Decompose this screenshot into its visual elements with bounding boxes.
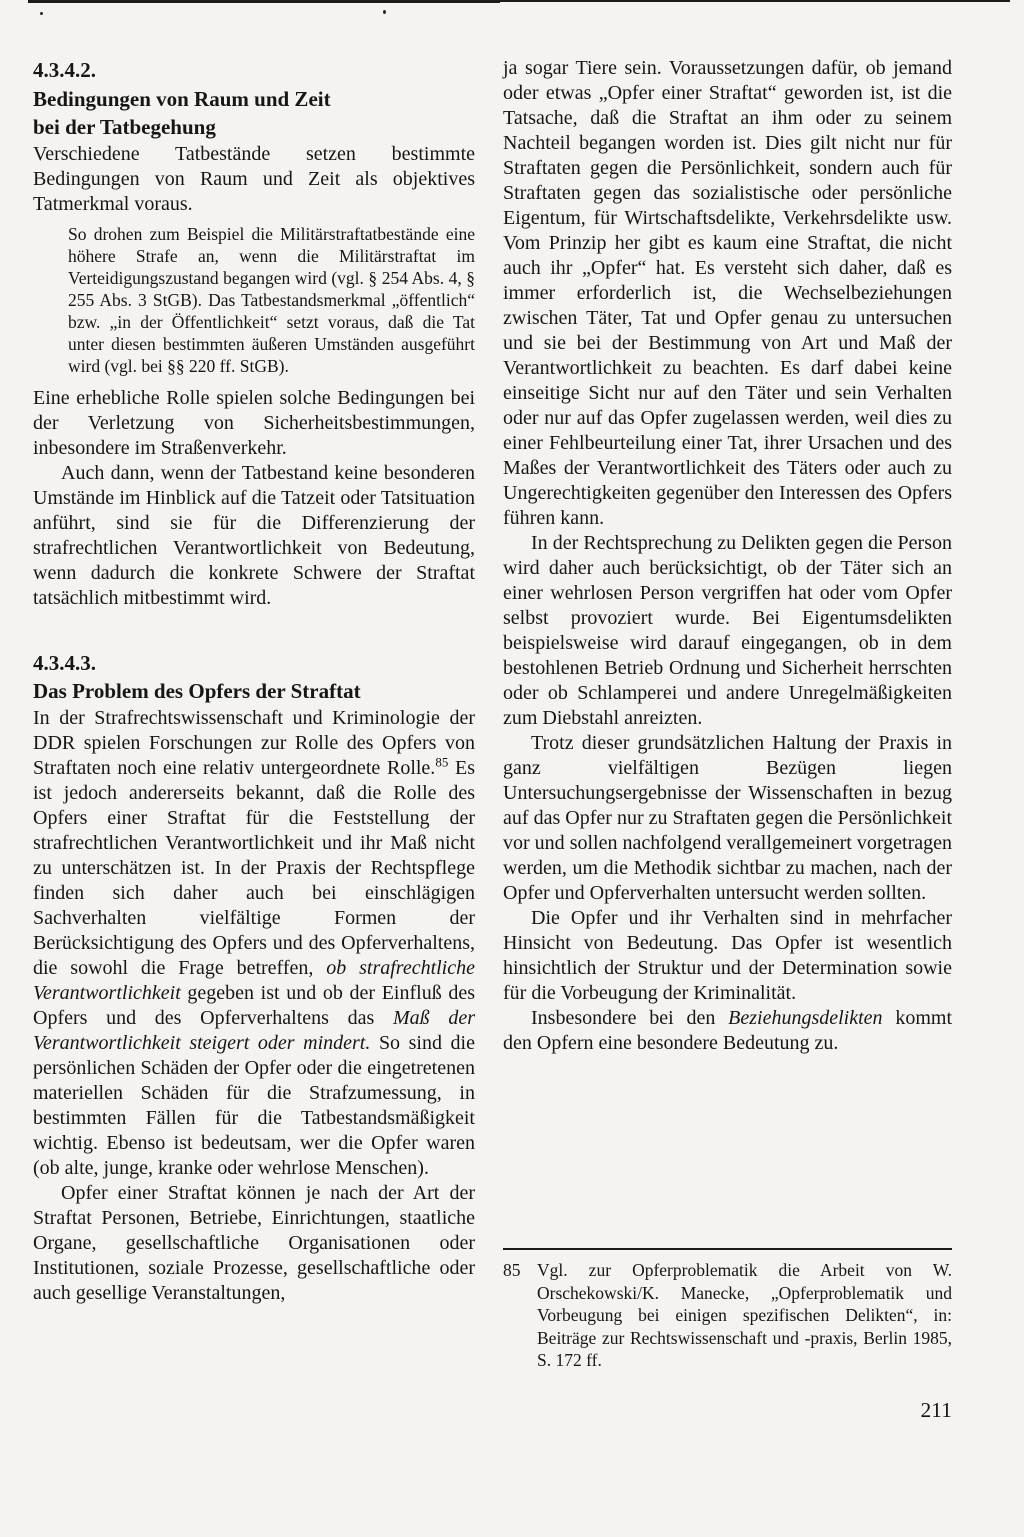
section-heading-4-3-4-3: 4.3.4.3. Das Problem des Opfers der Stra… [33,649,475,706]
section-heading-4-3-4-2: 4.3.4.2. Bedingungen von Raum und Zeit b… [33,56,475,142]
footnote-text: Vgl. zur Opferproblematik die Arbeit von… [537,1259,952,1372]
scan-speck [40,12,43,15]
footnote-reference: 85 [435,754,448,769]
left-column: 4.3.4.2. Bedingungen von Raum und Zeit b… [33,56,475,1306]
footnote-rule [503,1248,952,1250]
scan-speck [383,10,386,14]
paragraph: In der Strafrechtswissenschaft und Krimi… [33,706,475,1181]
paragraph-intro: Verschiedene Tatbestände setzen bestimmt… [33,142,475,217]
paragraph: Eine erhebliche Rolle spielen solche Bed… [33,386,475,461]
italic-run: Beziehungsdelikten [728,1007,882,1029]
paragraph: Die Opfer und ihr Verhalten sind in mehr… [503,906,952,1006]
paragraph: In der Rechtsprechung zu Delikten gegen … [503,531,952,731]
scan-edge-artifact [500,0,1010,2]
footnote-marker: 85 [503,1259,537,1372]
section-number: 4.3.4.3. [33,649,475,678]
scan-edge-artifact [28,0,500,3]
footnote-block: 85 Vgl. zur Opferproblematik die Arbeit … [503,1248,952,1372]
footnote: 85 Vgl. zur Opferproblematik die Arbeit … [503,1259,952,1372]
paragraph-continuation: ja sogar Tiere sein. Voraussetzungen daf… [503,56,952,531]
paragraph: Opfer einer Straftat können je nach der … [33,1181,475,1306]
paragraph: Auch dann, wenn der Tatbestand keine bes… [33,461,475,611]
scanned-book-page: 4.3.4.2. Bedingungen von Raum und Zeit b… [0,0,1024,1537]
page-number: 211 [503,1398,952,1423]
right-column: ja sogar Tiere sein. Voraussetzungen daf… [503,56,952,1056]
text-run: Insbesondere bei den [531,1007,728,1029]
paragraph-small-print: So drohen zum Beispiel die Militärstraft… [33,223,475,377]
section-title-line: bei der Tatbegehung [33,113,475,142]
paragraph: Insbesondere bei den Beziehungsdelikten … [503,1006,952,1056]
text-run: In der Strafrechtswissenschaft und Krimi… [33,707,475,779]
section-title-line: Das Problem des Opfers der Straftat [33,677,475,706]
text-run: Es ist jedoch andererseits bekannt, daß … [33,757,475,979]
section-number: 4.3.4.2. [33,56,475,85]
paragraph: Trotz dieser grundsätzlichen Haltung der… [503,731,952,906]
section-title-line: Bedingungen von Raum und Zeit [33,85,475,114]
